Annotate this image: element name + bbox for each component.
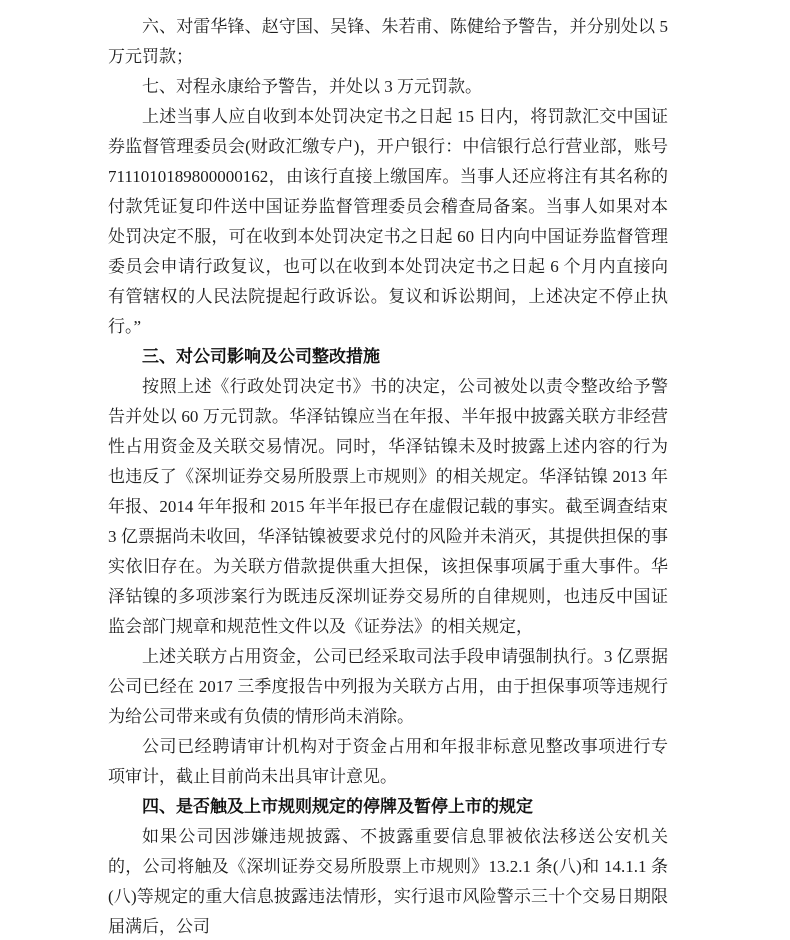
paragraph-fund-occupation-enforcement: 上述关联方占用资金，公司已经采取司法手段申请强制执行。3 亿票据公司已经在 20… xyxy=(108,642,668,732)
paragraph-special-audit: 公司已经聘请审计机构对于资金占用和年报非标意见整改事项进行专项审计，截止目前尚未… xyxy=(108,732,668,792)
paragraph-delisting-risk: 如果公司因涉嫌违规披露、不披露重要信息罪被依法移送公安机关的，公司将触及《深圳证… xyxy=(108,822,668,940)
paragraph-company-impact-detail: 按照上述《行政处罚决定书》书的决定，公司被处以责令整改给予警告并处以 60 万元… xyxy=(108,372,668,642)
paragraph-penalty-item-7: 七、对程永康给予警告，并处以 3 万元罚款。 xyxy=(108,72,668,102)
paragraph-penalty-item-6: 六、对雷华锋、赵守国、吴锋、朱若甫、陈健给予警告，并分别处以 5 万元罚款； xyxy=(108,12,668,72)
paragraph-payment-and-appeal-instructions: 上述当事人应自收到本处罚决定书之日起 15 日内，将罚款汇交中国证券监督管理委员… xyxy=(108,102,668,342)
section-heading-listing-rules: 四、是否触及上市规则规定的停牌及暂停上市的规定 xyxy=(108,792,668,822)
document-page: 六、对雷华锋、赵守国、吴锋、朱若甫、陈健给予警告，并分别处以 5 万元罚款； 七… xyxy=(0,0,790,940)
section-heading-company-impact: 三、对公司影响及公司整改措施 xyxy=(108,342,668,372)
